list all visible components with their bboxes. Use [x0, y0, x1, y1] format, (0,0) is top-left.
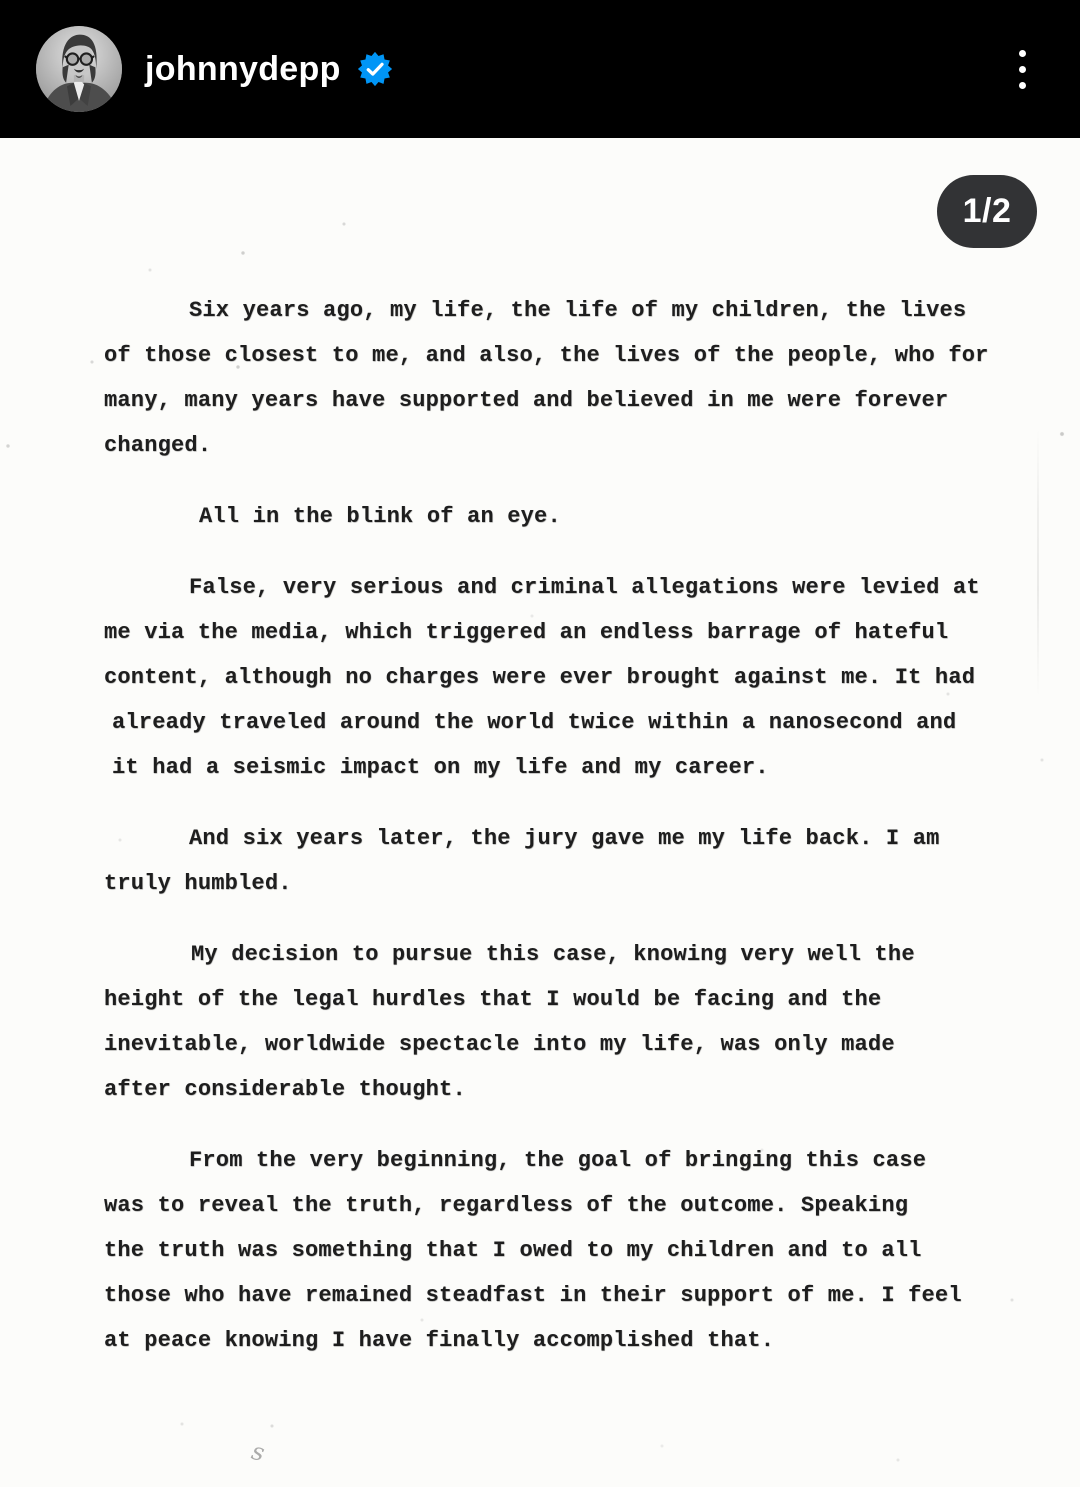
kebab-dot [1019, 82, 1026, 89]
letter-paragraph: All in the blink of an eye. [104, 494, 1009, 539]
letter-line: after considerable thought. [104, 1067, 1009, 1112]
letter-paragraph: Six years ago, my life, the life of my c… [104, 288, 1009, 468]
username-row: johnnydepp [145, 50, 393, 89]
letter-line: of those closest to me, and also, the li… [104, 333, 1009, 378]
letter-line: inevitable, worldwide spectacle into my … [104, 1022, 1009, 1067]
avatar[interactable] [36, 26, 122, 112]
paper-crease [1037, 428, 1039, 698]
letter-line: height of the legal hurdles that I would… [104, 977, 1009, 1022]
carousel-media[interactable]: 1/2 Six years ago, my life, the life of … [0, 138, 1080, 1487]
letter-line: From the very beginning, the goal of bri… [104, 1138, 1009, 1183]
letter-line: already traveled around the world twice … [112, 700, 1017, 745]
username[interactable]: johnnydepp [145, 50, 341, 89]
letter-line: at peace knowing I have finally accompli… [104, 1318, 1009, 1363]
profile-photo [36, 26, 122, 112]
kebab-dot [1019, 66, 1026, 73]
letter-line: False, very serious and criminal allegat… [104, 565, 1009, 610]
verified-badge-icon [357, 51, 393, 87]
letter-line: many, many years have supported and beli… [104, 378, 1009, 423]
letter-line: the truth was something that I owed to m… [104, 1228, 1009, 1273]
letter-line: it had a seismic impact on my life and m… [112, 745, 1017, 790]
letter-paragraph: And six years later, the jury gave me my… [104, 816, 1009, 906]
letter-line: And six years later, the jury gave me my… [104, 816, 1009, 861]
page-indicator: 1/2 [937, 175, 1037, 248]
letter-paragraph: From the very beginning, the goal of bri… [104, 1138, 1009, 1363]
letter-line: Six years ago, my life, the life of my c… [104, 288, 1009, 333]
letter-line: changed. [104, 423, 1009, 468]
more-options-button[interactable] [1005, 40, 1040, 99]
post-header: johnnydepp [0, 0, 1080, 138]
letter-line: All in the blink of an eye. [114, 494, 1019, 539]
letter-line: My decision to pursue this case, knowing… [106, 932, 1011, 977]
letter-line: me via the media, which triggered an end… [104, 610, 1009, 655]
kebab-dot [1019, 50, 1026, 57]
letter-line: content, although no charges were ever b… [104, 655, 1009, 700]
letter-paragraph: False, very serious and criminal allegat… [104, 565, 1009, 790]
paper-smudge: s [249, 1437, 268, 1467]
letter-paragraph: My decision to pursue this case, knowing… [104, 932, 1009, 1112]
letter-line: was to reveal the truth, regardless of t… [104, 1183, 1009, 1228]
instagram-post-view: johnnydepp 1/2 Six years ago, my life, t… [0, 0, 1080, 1487]
typed-letter: Six years ago, my life, the life of my c… [104, 288, 1009, 1363]
letter-line: those who have remained steadfast in the… [104, 1273, 1009, 1318]
letter-line: truly humbled. [104, 861, 1009, 906]
